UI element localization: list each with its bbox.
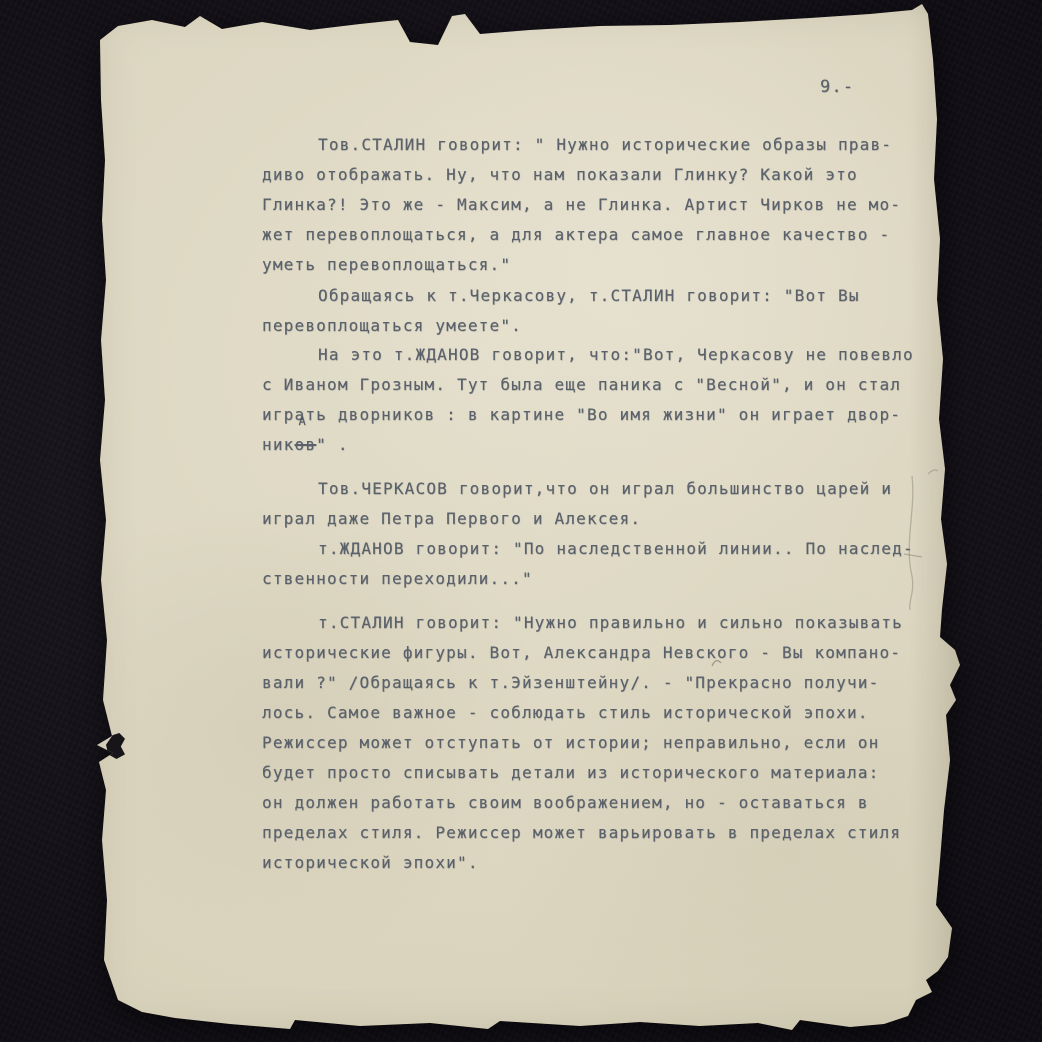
- paragraph-stalin-cherkasov: Обращаясь к т.Черкасову, т.СТАЛИН говори…: [262, 281, 952, 341]
- text-line: Тов.ЧЕРКАСОВ говорит,что он играл больши…: [262, 474, 952, 504]
- text-line: играл даже Петра Первого и Алексея.: [262, 504, 952, 534]
- text-line: вали ?" /Обращаясь к т.Эйзенштейну/. - "…: [262, 668, 952, 698]
- text-line: играть дворников : в картине "Во имя жиз…: [262, 400, 952, 430]
- typo-correction: овА: [295, 430, 317, 460]
- text-line: лось. Самое важное - соблюдать стиль ист…: [262, 698, 952, 728]
- correction-prefix: ник: [262, 435, 295, 454]
- correction-suffix: " .: [316, 435, 349, 454]
- text-line: Режиссер может отступать от истории; неп…: [262, 728, 952, 758]
- text-line: исторической эпохи".: [262, 848, 952, 878]
- text-line: он должен работать своим воображением, н…: [262, 788, 952, 818]
- paper-tear-hole: [106, 733, 125, 759]
- text-line: На это т.ЖДАНОВ говорит, что:"Вот, Черка…: [262, 340, 952, 370]
- inserted-letter: А: [299, 415, 307, 427]
- text-line: диво отображать. Ну, что нам показали Гл…: [262, 160, 952, 190]
- text-line: уметь перевоплощаться.": [262, 250, 952, 280]
- paragraph-zhdanov-heredity: т.ЖДАНОВ говорит: "По наследственной лин…: [262, 534, 952, 594]
- text-line: ственности переходили...": [262, 564, 952, 594]
- strikethrough-text: ов: [295, 435, 317, 454]
- paragraph-zhdanov-vesna: На это т.ЖДАНОВ говорит, что:"Вот, Черка…: [262, 340, 952, 460]
- paragraph-stalin-nevsky: т.СТАЛИН говорит: "Нужно правильно и сил…: [262, 608, 952, 878]
- text-line: т.СТАЛИН говорит: "Нужно правильно и сил…: [262, 608, 952, 638]
- document-paper: 9.- Тов.СТАЛИН говорит: " Нужно историче…: [92, 4, 960, 1034]
- text-line: перевоплощаться умеете".: [262, 311, 952, 341]
- text-line-with-correction: никовА" .: [262, 430, 952, 460]
- text-line: пределах стиля. Режиссер может варьирова…: [262, 818, 952, 848]
- text-line: исторические фигуры. Вот, Александра Нев…: [262, 638, 952, 668]
- text-line: Обращаясь к т.Черкасову, т.СТАЛИН говори…: [262, 281, 952, 311]
- page-number: 9.-: [820, 77, 854, 97]
- paragraph-stalin-glinka: Тов.СТАЛИН говорит: " Нужно исторические…: [262, 130, 952, 280]
- paragraph-cherkasov-tsars: Тов.ЧЕРКАСОВ говорит,что он играл больши…: [262, 474, 952, 534]
- text-line: Глинка?! Это же - Максим, а не Глинка. А…: [262, 190, 952, 220]
- text-line: т.ЖДАНОВ говорит: "По наследственной лин…: [262, 534, 952, 564]
- paper-wrap: 9.- Тов.СТАЛИН говорит: " Нужно историче…: [92, 4, 960, 1034]
- text-line: Тов.СТАЛИН говорит: " Нужно исторические…: [262, 130, 952, 160]
- text-line: с Иваном Грозным. Тут была еще паника с …: [262, 370, 952, 400]
- text-line: будет просто списывать детали из историч…: [262, 758, 952, 788]
- text-line: жет перевоплощаться, а для актера самое …: [262, 220, 952, 250]
